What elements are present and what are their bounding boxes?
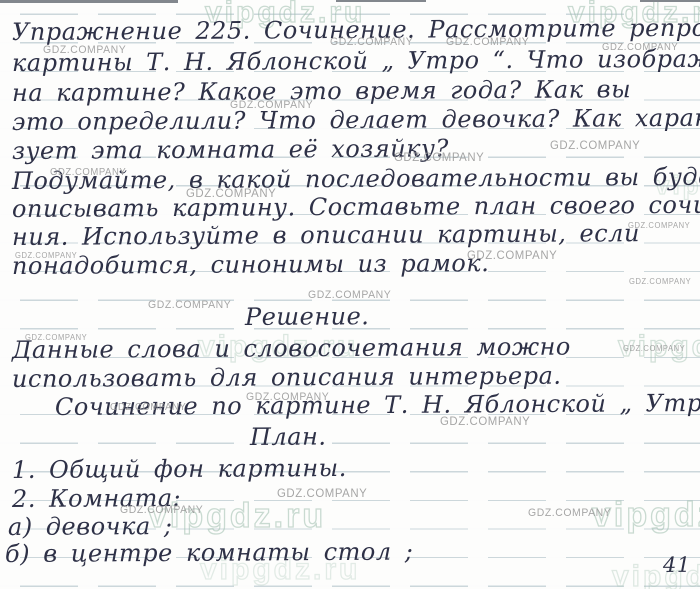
gdz-watermark: GDZ.COMPANY xyxy=(467,248,557,262)
gdz-watermark: GDZ.COMPANY xyxy=(43,44,126,56)
gdz-watermark: GDZ.COMPANY xyxy=(446,36,529,48)
exercise-line: зует эта комната её хозяйку? xyxy=(12,134,449,165)
exercise-line: на картине? Какое это время года? Как вы xyxy=(12,75,631,107)
plan-item: б) в центре комнаты стол ; xyxy=(5,538,413,568)
solution-heading: Решение. xyxy=(245,302,370,331)
gdz-watermark: GDZ.COMPANY xyxy=(25,333,87,342)
exercise-line: это определили? Что делает девочка? Как … xyxy=(12,103,700,136)
gdz-watermark: GDZ.COMPANY xyxy=(394,150,484,164)
gdz-watermark: GDZ.COMPANY xyxy=(550,138,640,152)
scan-artifact xyxy=(640,0,700,2)
scan-artifact xyxy=(336,0,426,2)
plan-heading: План. xyxy=(250,423,327,451)
gdz-watermark: GDZ.COMPANY xyxy=(50,167,126,178)
gdz-watermark: GDZ.COMPANY xyxy=(440,414,530,428)
exercise-line: ния. Используйте в описании картины, есл… xyxy=(12,219,640,251)
gdz-watermark: GDZ.COMPANY xyxy=(15,251,77,260)
exercise-line: понадобится, синонимы из рамок. xyxy=(12,249,489,280)
gdz-watermark: GDZ.COMPANY xyxy=(246,391,329,403)
scan-artifact xyxy=(0,0,178,3)
solution-line: Данные слова и словосочетания можно xyxy=(12,333,571,364)
gdz-watermark: GDZ.COMPANY xyxy=(230,99,313,111)
gdz-watermark: GDZ.COMPANY xyxy=(186,186,276,200)
gdz-watermark: GDZ.COMPANY xyxy=(110,402,186,413)
gdz-watermark: GDZ.COMPANY xyxy=(623,344,685,353)
gdz-watermark: GDZ.COMPANY xyxy=(148,299,231,311)
plan-item: 1. Общий фон картины. xyxy=(12,454,347,484)
plan-item: а) девочка ; xyxy=(8,512,173,541)
gdz-watermark: GDZ.COMPANY xyxy=(277,486,367,500)
gdz-watermark: GDZ.COMPANY xyxy=(120,504,203,516)
page-number: 41 xyxy=(663,553,691,577)
gdz-watermark: GDZ.COMPANY xyxy=(330,36,413,48)
gdz-watermark: GDZ.COMPANY xyxy=(629,277,691,286)
gdz-watermark: GDZ.COMPANY xyxy=(308,289,391,301)
gdz-watermark: GDZ.COMPANY xyxy=(528,507,611,519)
page: Упражнение 225. Сочинение. Рассмотрите р… xyxy=(0,0,700,589)
gdz-watermark: GDZ.COMPANY xyxy=(602,42,678,53)
exercise-line: описывать картину. Составьте план своего… xyxy=(12,191,700,223)
gdz-watermark: GDZ.COMPANY xyxy=(628,221,690,230)
solution-line: использовать для описания интерьера. xyxy=(12,362,562,393)
